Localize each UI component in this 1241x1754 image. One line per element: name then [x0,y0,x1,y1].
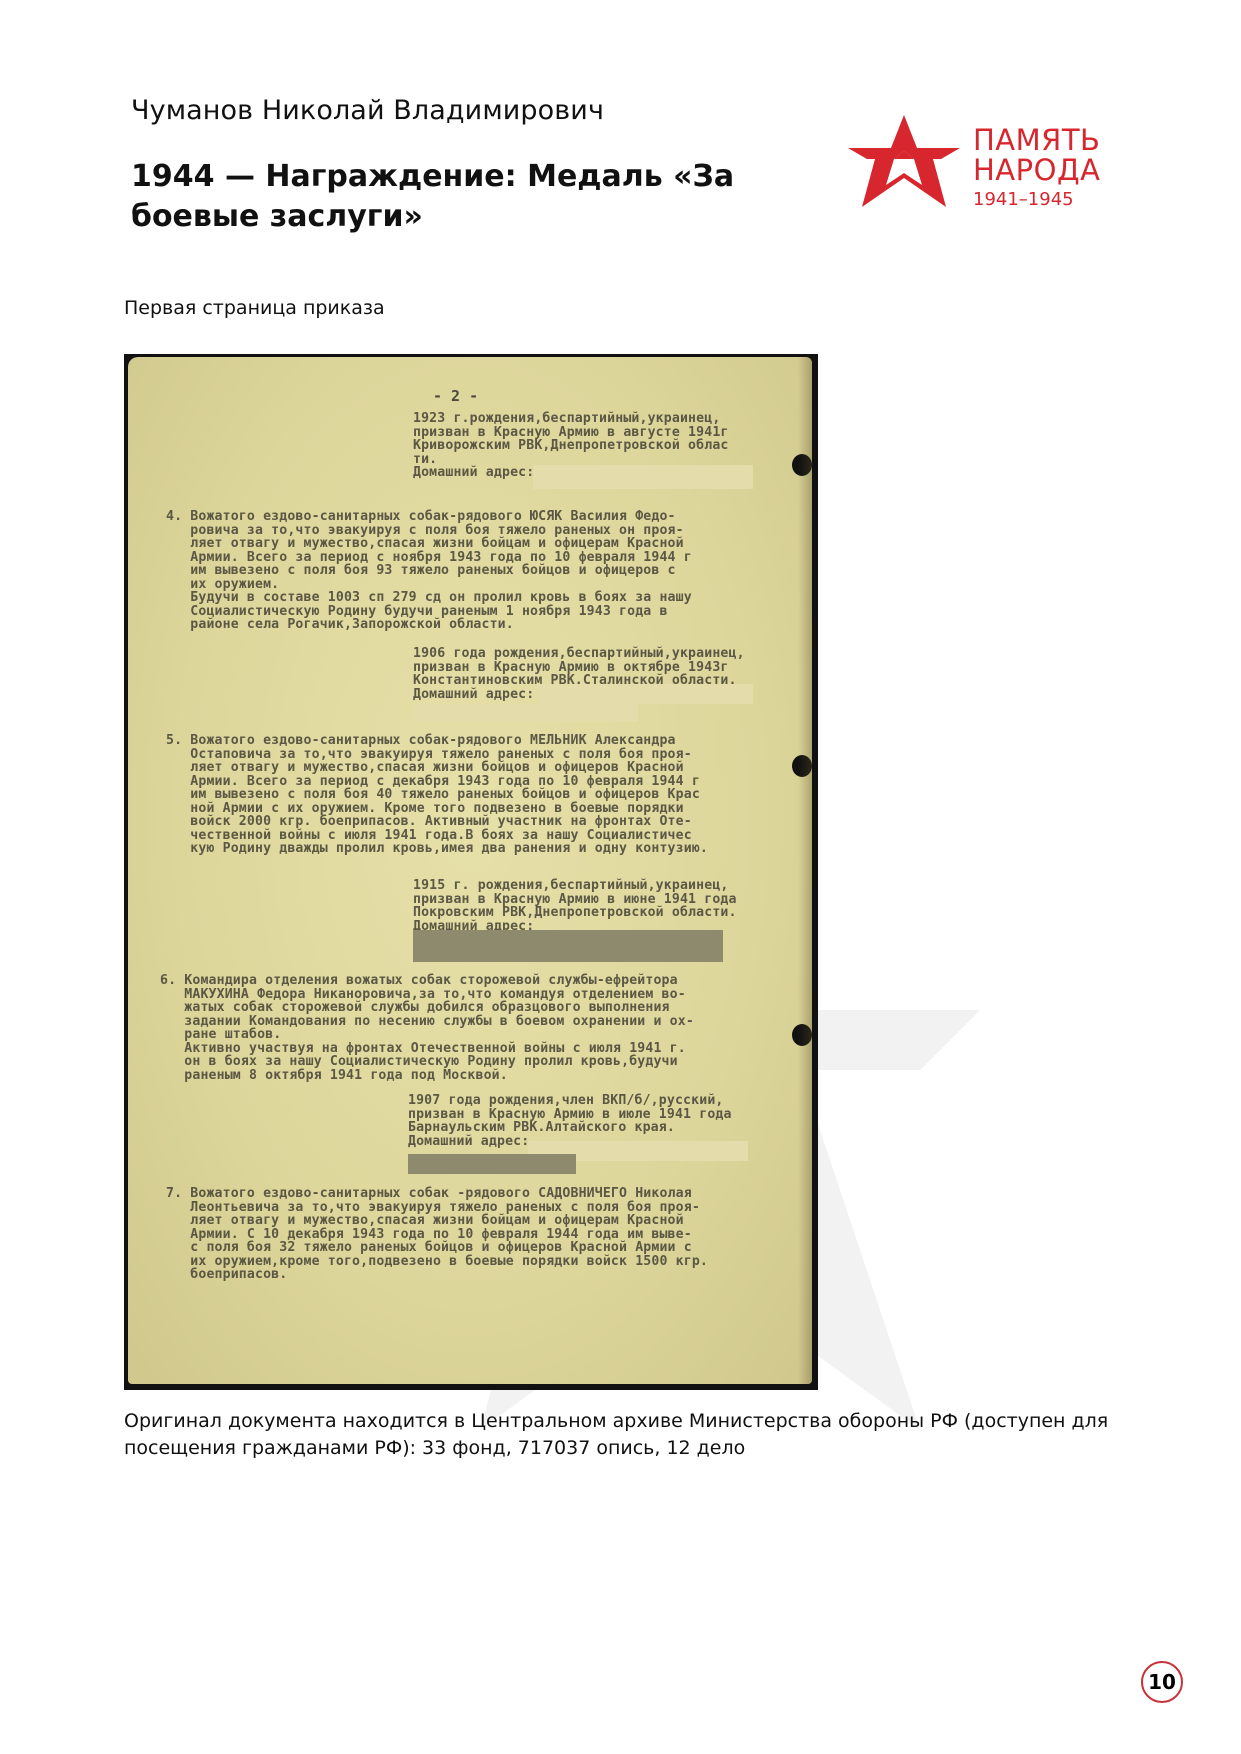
logo-title-line2: НАРОДА [973,155,1100,185]
archive-source-note: Оригинал документа находится в Центральн… [124,1408,1124,1462]
punch-hole [792,755,812,777]
bio-block: 1915 г. рождения,беспартийный,украинец, … [413,879,737,933]
logo-years: 1941–1945 [973,187,1100,213]
image-caption: Первая страница приказа [124,297,385,319]
red-star-icon [848,115,960,215]
award-entry-7: 7. Вожатого ездово-санитарных собак -ряд… [166,1187,708,1282]
document-paper: - 2 - 1923 г.рождения,беспартийный,украи… [128,357,812,1384]
person-name: Чуманов Николай Владимирович [131,95,604,126]
logo-title-line1: ПАМЯТЬ [973,125,1100,155]
redacted-address [533,465,753,489]
redacted-address [408,1154,576,1174]
redacted-address [413,704,638,722]
award-title: 1944 — Награждение: Медаль «За боевые за… [131,157,791,237]
redacted-address [413,930,723,962]
document-page-number: - 2 - [433,387,478,405]
archival-document-scan: - 2 - 1923 г.рождения,беспартийный,украи… [124,354,818,1390]
punch-hole [792,1024,812,1046]
bio-block: 1907 года рождения,член ВКП/б/,русский, … [408,1094,732,1148]
award-entry-5: 5. Вожатого ездово-санитарных собак-рядо… [166,734,708,856]
page-number-badge: 10 [1141,1661,1183,1703]
pamyat-naroda-logo: ПАМЯТЬ НАРОДА 1941–1945 [848,115,1128,220]
award-entry-6: 6. Командира отделения вожатых собак сто… [160,974,694,1082]
redacted-address [538,684,753,704]
punch-hole [792,454,812,476]
award-entry-4: 4. Вожатого ездово-санитарных собак-рядо… [166,510,692,632]
